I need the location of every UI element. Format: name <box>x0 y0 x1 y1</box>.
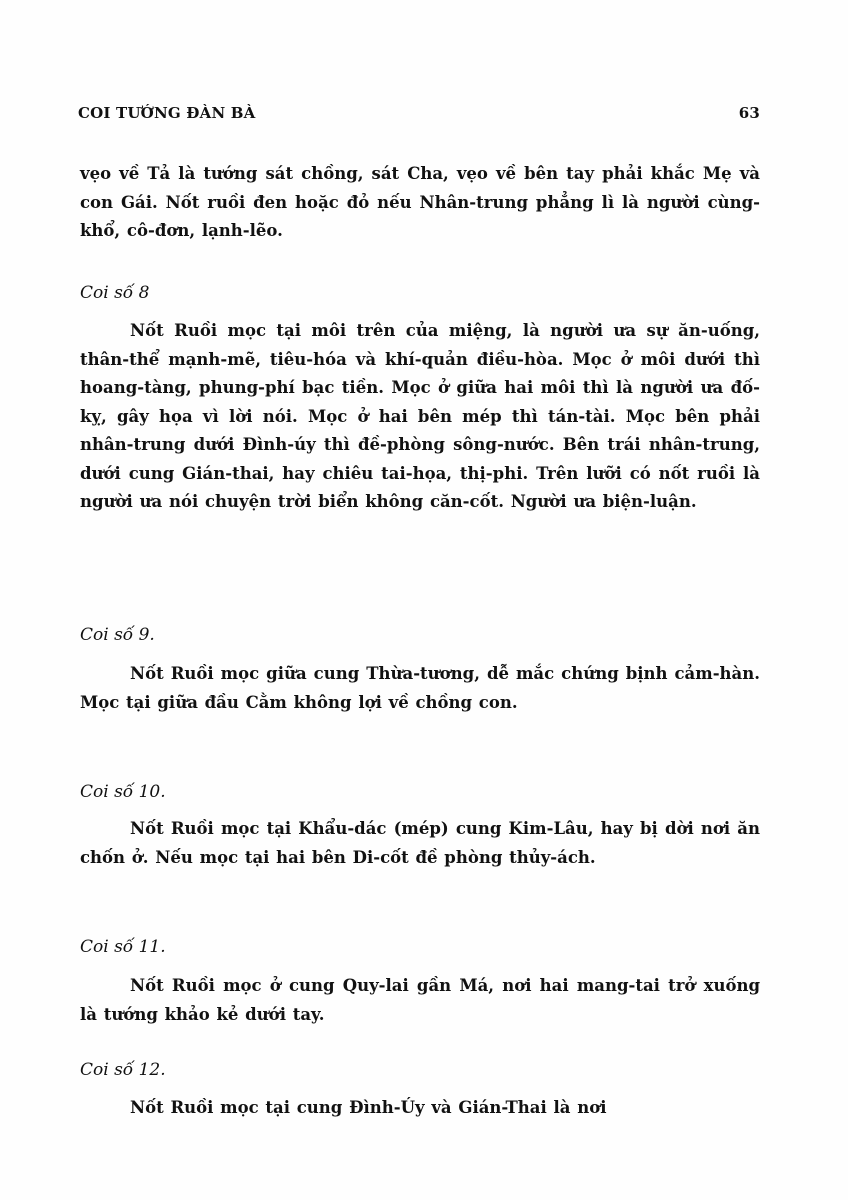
paragraph-text: Nốt Ruồi mọc giữa cung Thừa-tương, dễ mắ… <box>80 660 760 717</box>
section-10-paragraph: Nốt Ruồi mọc tại Khẩu-dác (mép) cung Kim… <box>80 815 760 872</box>
paragraph-text: Nốt Ruồi mọc tại môi trên của miệng, là … <box>80 317 760 517</box>
section-heading-9: Coi số 9. <box>80 625 155 645</box>
section-9-paragraph: Nốt Ruồi mọc giữa cung Thừa-tương, dễ mắ… <box>80 660 760 717</box>
paragraph-text: Nốt Ruồi mọc tại Khẩu-dác (mép) cung Kim… <box>80 815 760 872</box>
section-heading-10: Coi số 10. <box>80 782 166 802</box>
paragraph-text: Nốt Ruồi mọc tại cung Đình-Úy và Gián-Th… <box>80 1094 760 1123</box>
section-heading-11: Coi số 11. <box>80 937 166 957</box>
continuation-paragraph: vẹo về Tả là tướng sát chồng, sát Cha, v… <box>80 160 760 246</box>
page-number: 63 <box>739 104 760 122</box>
book-page: COI TƯỚNG ĐÀN BÀ 63 vẹo về Tả là tướng s… <box>0 0 848 1200</box>
section-11-paragraph: Nốt Ruồi mọc ở cung Quy-lai gần Má, nơi … <box>80 972 760 1029</box>
section-heading-12: Coi số 12. <box>80 1060 166 1080</box>
running-title: COI TƯỚNG ĐÀN BÀ <box>78 104 256 122</box>
section-8-paragraph: Nốt Ruồi mọc tại môi trên của miệng, là … <box>80 317 760 517</box>
paragraph-text: vẹo về Tả là tướng sát chồng, sát Cha, v… <box>80 160 760 246</box>
paragraph-text: Nốt Ruồi mọc ở cung Quy-lai gần Má, nơi … <box>80 972 760 1029</box>
running-head: COI TƯỚNG ĐÀN BÀ 63 <box>78 104 760 122</box>
section-heading-8: Coi số 8 <box>80 283 149 303</box>
section-12-paragraph: Nốt Ruồi mọc tại cung Đình-Úy và Gián-Th… <box>80 1094 760 1123</box>
